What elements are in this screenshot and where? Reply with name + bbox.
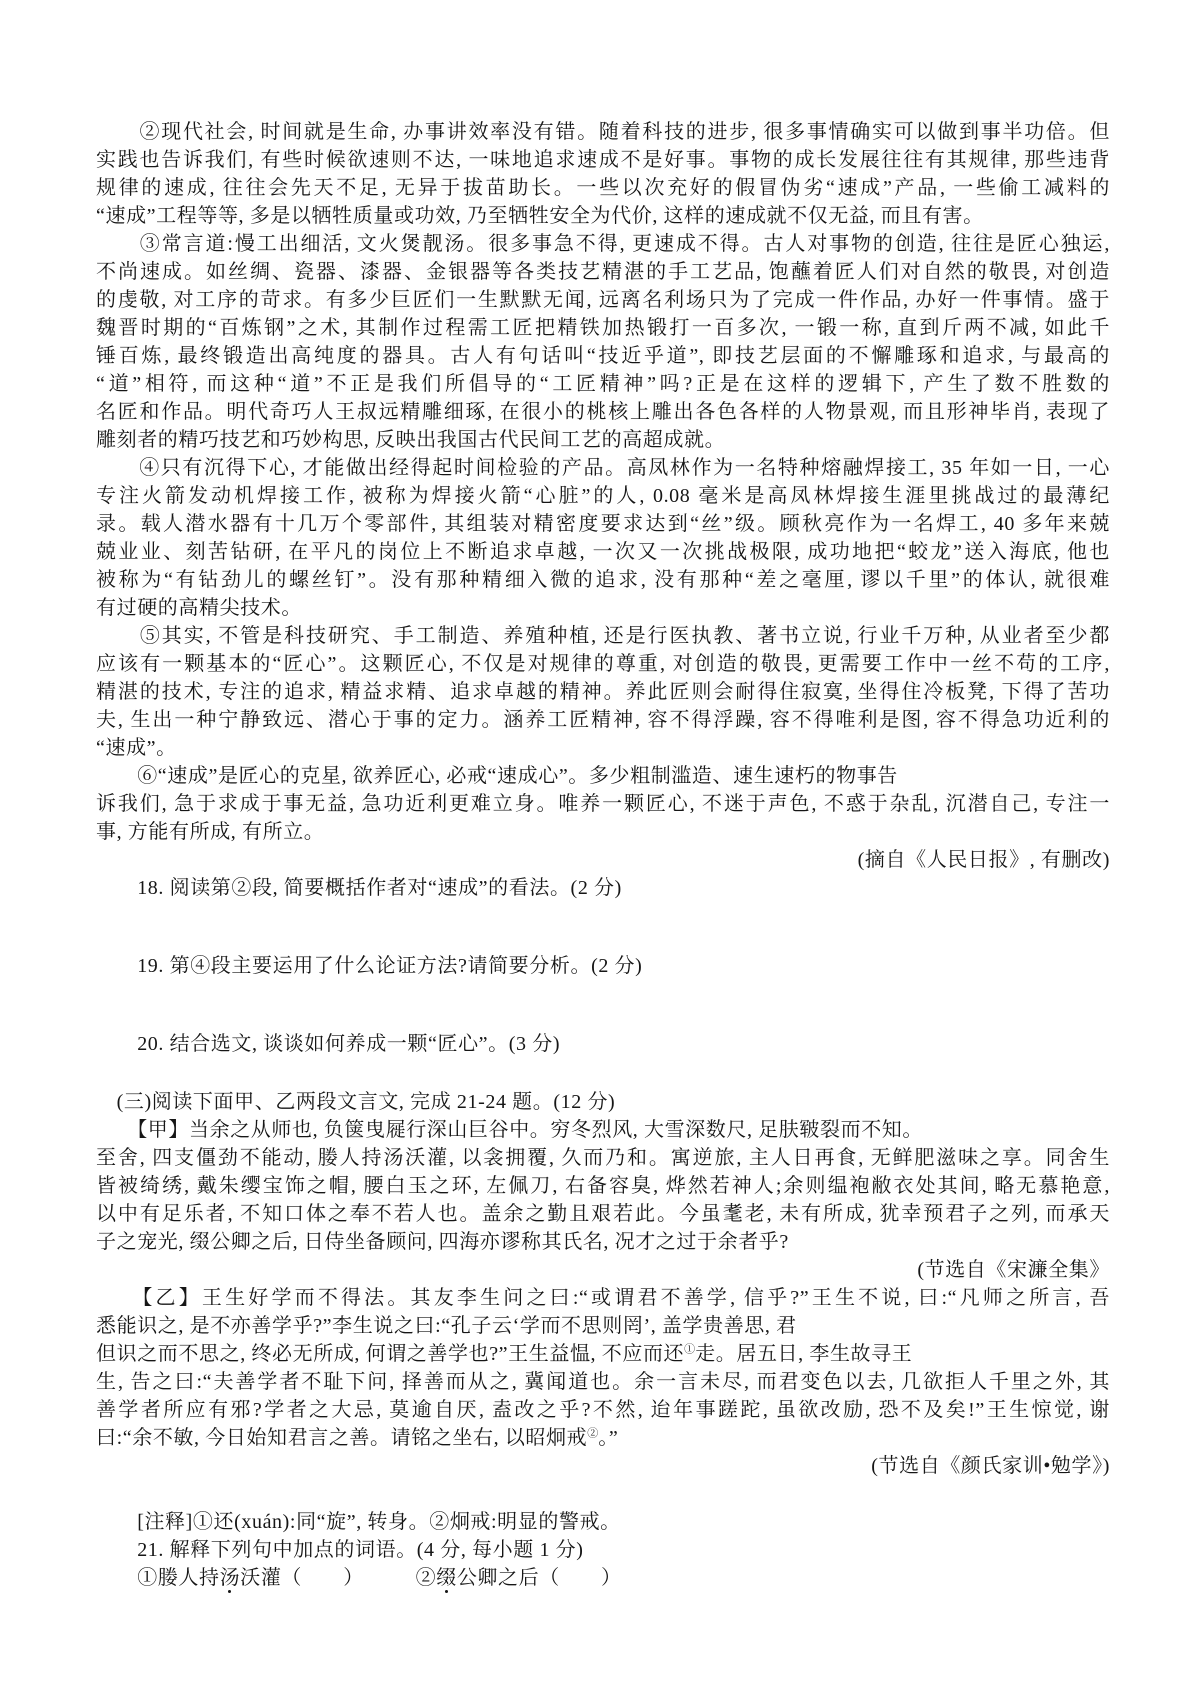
annotation-note: [注释]①还(xuán):同“旋”, 转身。②炯戒:明显的警戒。 — [96, 1508, 1110, 1536]
essay-line: 被称为“有钻劲儿的螺丝钉”。没有那种精细入微的追求, 没有那种“差之毫厘, 谬以… — [96, 566, 1110, 594]
essay-line: 雕刻者的精巧技艺和巧妙构思, 反映出我国古代民间工艺的高超成就。 — [96, 426, 1110, 454]
section-3-header: (三)阅读下面甲、乙两段文言文, 完成 21-24 题。(12 分) — [96, 1088, 1110, 1116]
answer-space — [96, 1058, 1110, 1088]
question-19: 19. 第④段主要运用了什么论证方法?请简要分析。(2 分) — [96, 952, 1110, 980]
essay-line-p5: ⑤其实, 不管是科技研究、手工制造、养殖种植, 还是行医执教、著书立说, 行业千… — [96, 622, 1110, 650]
document-body: ②现代社会, 时间就是生命, 办事讲效率没有错。随着科技的进步, 很多事情确实可… — [96, 118, 1110, 1592]
essay-line-p4: ④只有沉得下心, 才能做出经得起时间检验的产品。高凤林作为一名特种熔融焊接工, … — [96, 454, 1110, 482]
passage-yi-line: 悉能识之, 是不亦善学乎?”李生说之曰:“孔子云‘学而不思则罔’, 盖学贵善思,… — [96, 1312, 1110, 1340]
essay-line-p2: ②现代社会, 时间就是生命, 办事讲效率没有错。随着科技的进步, 很多事情确实可… — [96, 118, 1110, 146]
attribution-yanshi-jiaxun: (节选自《颜氏家训•勉学》) — [96, 1452, 1110, 1480]
essay-line: 事, 方能有所成, 有所立。 — [96, 818, 1110, 846]
essay-line: 的虔敬, 对工序的苛求。有多少巨匠们一生默默无闻, 远离名利场只为了完成一件作品… — [96, 286, 1110, 314]
attribution-people-daily: (摘自《人民日报》, 有删改) — [96, 846, 1110, 874]
passage-yi-line: 曰:“余不敏, 今日始知君言之善。请铭之坐右, 以昭炯戒②。” — [96, 1424, 1110, 1452]
essay-line: 有过硬的高精尖技术。 — [96, 594, 1110, 622]
passage-yi-line: 生, 告之曰:“夫善学者不耻下问, 择善而从之, 冀闻道也。余一言未尽, 而君变… — [96, 1368, 1110, 1396]
essay-line-p3: ③常言道:慢工出细活, 文火煲靓汤。很多事急不得, 更速成不得。古人对事物的创造… — [96, 230, 1110, 258]
essay-line: 不尚速成。如丝绸、瓷器、漆器、金银器等各类技艺精湛的手工艺品, 饱蘸着匠人们对自… — [96, 258, 1110, 286]
question-18: 18. 阅读第②段, 简要概括作者对“速成”的看法。(2 分) — [96, 874, 1110, 902]
question-20: 20. 结合选文, 谈谈如何养成一颗“匠心”。(3 分) — [96, 1030, 1110, 1058]
passage-yi-line: 【乙】王生好学而不得法。其友李生问之曰:“或谓君不善学, 信乎?”王生不说, 曰… — [96, 1284, 1110, 1312]
essay-line: “道”相符, 而这种“道”不正是我们所倡导的“工匠精神”吗?正是在这样的逻辑下,… — [96, 370, 1110, 398]
passage-yi-line: 善学者所应有邪?学者之大忌, 莫逾自厌, 盍改之乎?不然, 迨年事蹉跎, 虽欲改… — [96, 1396, 1110, 1424]
answer-space — [96, 902, 1110, 952]
essay-line: 录。载人潜水器有十几万个零部件, 其组装对精密度要求达到“丝”级。顾秋亮作为一名… — [96, 510, 1110, 538]
essay-line: 实践也告诉我们, 有些时候欲速则不达, 一味地追求速成不是好事。事物的成长发展往… — [96, 146, 1110, 174]
essay-line: 规律的速成, 往往会先天不足, 无异于拔苗助长。一些以次充好的假冒伪劣“速成”产… — [96, 174, 1110, 202]
essay-line: 夫, 生出一种宁静致远、潜心于事的定力。涵养工匠精神, 容不得浮躁, 容不得唯利… — [96, 706, 1110, 734]
essay-line: “速成”工程等等, 多是以牺牲质量或功效, 乃至牺牲安全为代价, 这样的速成就不… — [96, 202, 1110, 230]
essay-line: “速成”。 — [96, 734, 1110, 762]
essay-line: 精湛的技术, 专注的追求, 精益求精、追求卓越的精神。养此匠则会耐得住寂寞, 坐… — [96, 678, 1110, 706]
essay-line: 专注火箭发动机焊接工作, 被称为焊接火箭“心脏”的人, 0.08 毫米是高凤林焊… — [96, 482, 1110, 510]
essay-line: 诉我们, 急于求成于事无益, 急功近利更难立身。唯养一颗匠心, 不迷于声色, 不… — [96, 790, 1110, 818]
blank-space — [96, 1480, 1110, 1508]
essay-line: 名匠和作品。明代奇巧人王叔远精雕细琢, 在很小的桃核上雕出各色各样的人物景观, … — [96, 398, 1110, 426]
essay-line: 锤百炼, 最终锻造出高纯度的器具。古人有句话叫“技近乎道”, 即技艺层面的不懈雕… — [96, 342, 1110, 370]
passage-yi-line: 但识之而不思之, 终必无所成, 何谓之善学也?”王生益愠, 不应而还①走。居五日… — [96, 1340, 1110, 1368]
essay-line: 兢业业、刻苦钻研, 在平凡的岗位上不断追求卓越, 一次又一次挑战极限, 成功地把… — [96, 538, 1110, 566]
essay-line-p6: ⑥“速成”是匠心的克星, 欲养匠心, 必戒“速成心”。多少粗制滥造、速生速朽的物… — [96, 762, 1110, 790]
question-21-items: ①媵人持汤沃灌（ ） ②缀公卿之后（ ） — [96, 1564, 1110, 1592]
essay-line: 应该有一颗基本的“匠心”。这颗匠心, 不仅是对规律的尊重, 对创造的敬畏, 更需… — [96, 650, 1110, 678]
attribution-song-lian: (节选自《宋濂全集》 — [96, 1256, 1110, 1284]
passage-jia-line: 皆被绮绣, 戴朱缨宝饰之帽, 腰白玉之环, 左佩刀, 右备容臭, 烨然若神人;余… — [96, 1172, 1110, 1200]
question-21: 21. 解释下列句中加点的词语。(4 分, 每小题 1 分) — [96, 1536, 1110, 1564]
passage-jia-line: 至舍, 四支僵劲不能动, 媵人持汤沃灌, 以衾拥覆, 久而乃和。寓逆旅, 主人日… — [96, 1144, 1110, 1172]
essay-line: 魏晋时期的“百炼钢”之术, 其制作过程需工匠把精铁加热锻打一百多次, 一锻一称,… — [96, 314, 1110, 342]
passage-jia-line: 【甲】当余之从师也, 负箧曳屣行深山巨谷中。穷冬烈风, 大雪深数尺, 足肤皲裂而… — [96, 1116, 1110, 1144]
exam-page: ②现代社会, 时间就是生命, 办事讲效率没有错。随着科技的进步, 很多事情确实可… — [0, 0, 1200, 1698]
passage-jia-line: 子之宠光, 缀公卿之后, 日侍坐备顾问, 四海亦谬称其氏名, 况才之过于余者乎? — [96, 1228, 1110, 1256]
answer-space — [96, 980, 1110, 1030]
passage-jia-line: 以中有足乐者, 不知口体之奉不若人也。盖余之勤且艰若此。今虽耄老, 未有所成, … — [96, 1200, 1110, 1228]
